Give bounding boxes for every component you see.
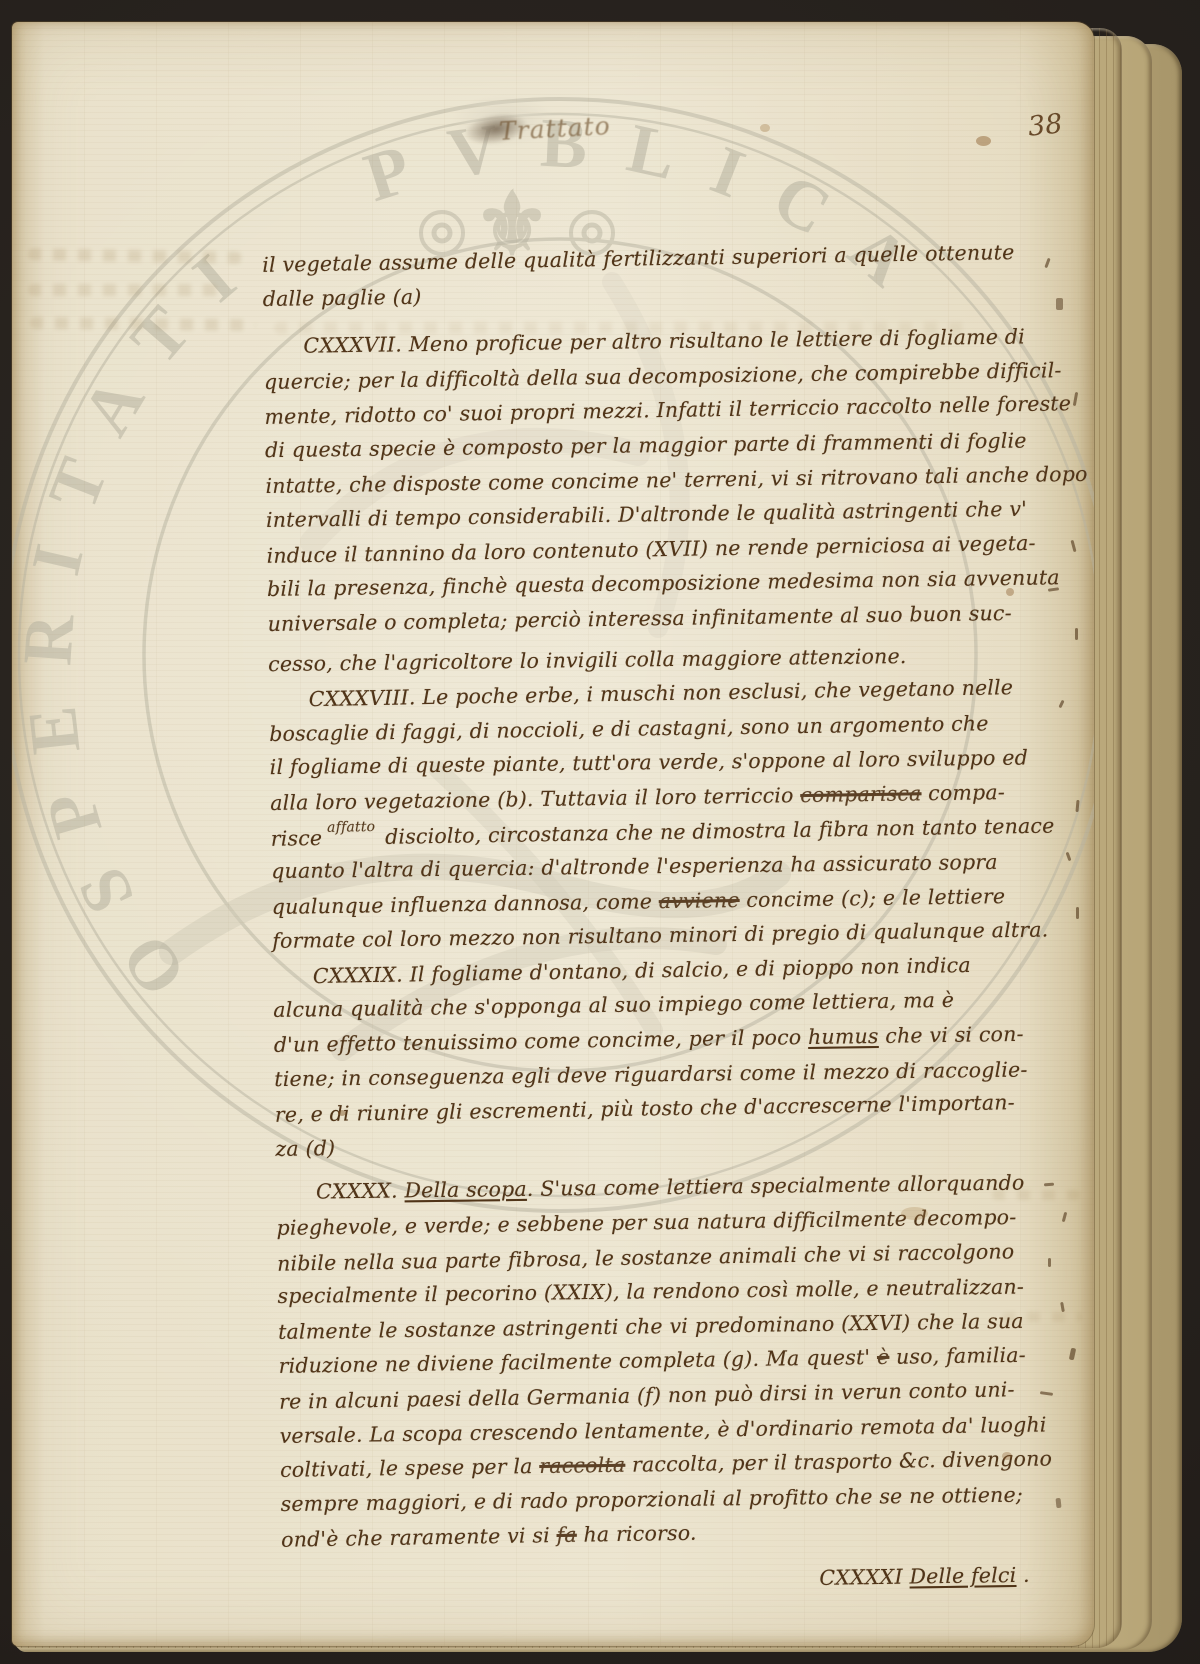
line-segment: CXXXXI xyxy=(819,1565,909,1590)
ink-mark xyxy=(1048,1258,1051,1267)
manuscript-text-block: il vegetale assume delle qualità fertili… xyxy=(262,235,1082,1603)
line-segment: risce xyxy=(271,825,323,850)
page-number: 38 xyxy=(1026,108,1063,142)
stain xyxy=(338,1110,346,1116)
manuscript-page: OSPERITATI PVBLICA ⚜ Trattato 38 il vege… xyxy=(12,22,1094,1646)
struck-word: fa xyxy=(556,1523,577,1547)
stain xyxy=(1002,1452,1012,1460)
line-segment: . xyxy=(1016,1563,1030,1587)
line-segment: che vi si con- xyxy=(878,1022,1023,1048)
line-segment: CXXXX. xyxy=(316,1179,405,1204)
underlined-title-delle-felci: Delle felci xyxy=(909,1563,1016,1589)
line-segment: raccolta, per il trasporto &c. divengono xyxy=(625,1447,1052,1477)
stain xyxy=(976,136,991,146)
underlined-title-della-scopa: Della scopa xyxy=(404,1177,527,1203)
line-segment: riduzione ne diviene facilmente completa… xyxy=(278,1345,877,1378)
running-header-trattato: Trattato xyxy=(498,111,611,146)
interlinear-insertion: affatto xyxy=(327,810,376,845)
line-segment: uso, familia- xyxy=(889,1343,1026,1369)
ink-mark xyxy=(1055,1498,1061,1508)
line-segment: coltivati, le spese per la xyxy=(280,1454,540,1482)
ink-mark xyxy=(1075,628,1078,640)
line-segment: ha ricorso. xyxy=(577,1521,697,1547)
line-segment: compa- xyxy=(921,780,1005,805)
struck-word: comparisca xyxy=(800,781,922,807)
photo-background: { "page": { "number": "38" }, "header": … xyxy=(0,0,1200,1664)
stain xyxy=(1006,588,1014,596)
line-segment: qualunque influenza dannosa, come xyxy=(272,889,659,919)
line-segment: disciolto, circostanza che ne dimostra l… xyxy=(378,813,1054,848)
stain xyxy=(760,124,770,132)
bleed-through-text xyxy=(28,284,226,296)
line-segment: d'un effetto tenuissimo come concime, pe… xyxy=(274,1025,809,1057)
bleed-through-text xyxy=(30,317,256,331)
ink-mark xyxy=(1056,298,1063,310)
struck-word: raccolta xyxy=(539,1453,625,1478)
struck-word: è xyxy=(877,1345,890,1369)
line-segment: . S'usa come lettiera specialmente allor… xyxy=(527,1171,1025,1201)
line-segment: concime (c); e le lettiere xyxy=(739,884,1005,912)
ink-mark xyxy=(1076,907,1079,919)
struck-word: avviene xyxy=(659,888,740,913)
line-segment: ond'è che raramente vi si xyxy=(281,1523,557,1552)
underlined-word-humus: humus xyxy=(808,1024,879,1049)
stain xyxy=(901,1207,928,1220)
